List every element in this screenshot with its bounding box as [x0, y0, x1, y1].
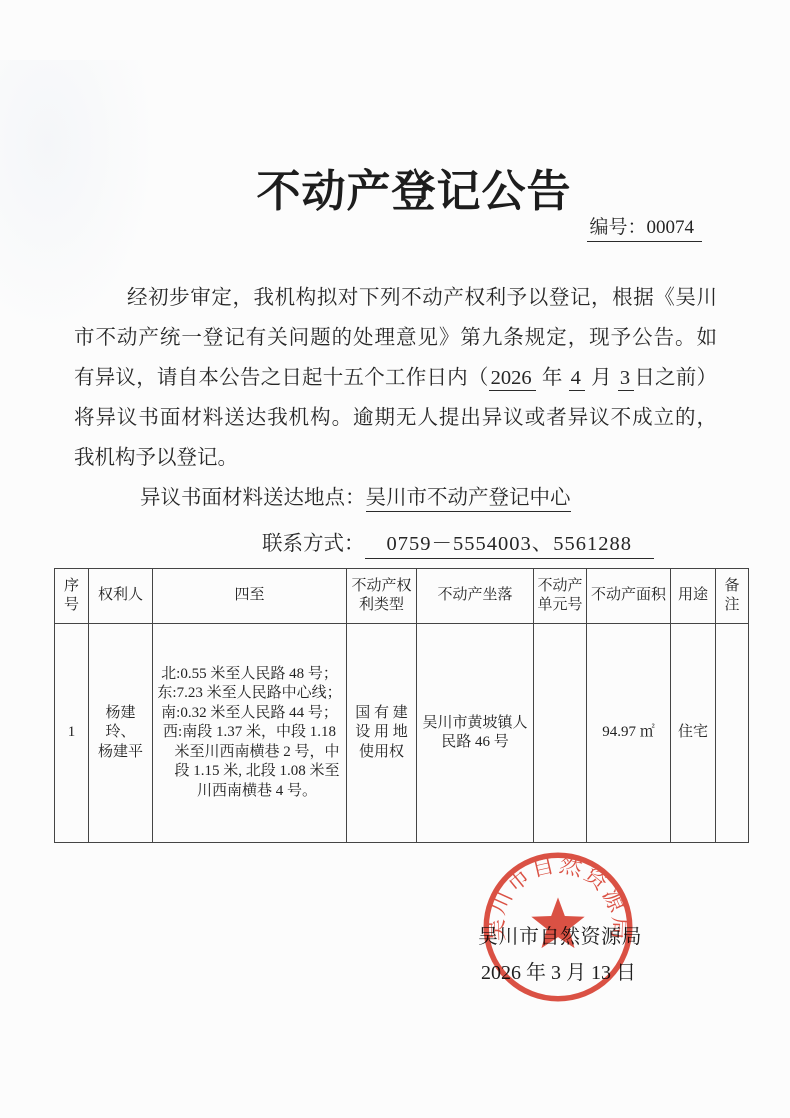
table-row: 1 杨建玲、 杨建平 北:0.55 米至人民路 48 号； 东:7.23 米至人…: [55, 624, 749, 843]
issuing-authority: 吴川市自然资源局: [478, 920, 642, 949]
cell-remark: [716, 624, 749, 843]
cell-right-type: 国 有 建 设 用 地 使用权: [347, 624, 417, 843]
issue-date: 2026 年 3 月 13 日: [481, 956, 636, 985]
header-seq: 序号: [55, 569, 89, 624]
table-header-row: 序号 权利人 四至 不动产权 利类型 不动产坐落 不动产 单元号 不动产面积 用…: [55, 569, 749, 624]
document-number-value: 编号：00074: [587, 217, 702, 242]
header-location: 不动产坐落: [417, 569, 534, 624]
cell-boundaries: 北:0.55 米至人民路 48 号； 东:7.23 米至人民路中心线； 南:0.…: [153, 624, 347, 843]
deadline-text-pre: 有异议，请自本公告之日起十五个工作日内（: [74, 367, 489, 389]
notice-line-2: 市不动产统一登记有关问题的处理意见》第九条规定，现予公告。如: [74, 318, 717, 358]
cell-usage: 住宅: [671, 624, 716, 843]
page-title: 不动产登记公告: [19, 155, 790, 219]
registration-table: 序号 权利人 四至 不动产权 利类型 不动产坐落 不动产 单元号 不动产面积 用…: [54, 568, 749, 843]
cell-location: 吴川市黄坡镇人 民路 46 号: [417, 624, 534, 843]
delivery-line: 异议书面材料送达地点：吴川市不动产登记中心: [74, 478, 717, 518]
notice-line-1: 经初步审定，我机构拟对下列不动产权利予以登记，根据《吴川: [74, 278, 717, 318]
header-remark: 备注: [716, 569, 749, 624]
header-right-type: 不动产权 利类型: [347, 569, 417, 624]
notice-line-4: 将异议书面材料送达我机构。逾期无人提出异议或者异议不成立的，: [74, 398, 717, 438]
notice-line-3: 有异议，请自本公告之日起十五个工作日内（2026年4月3日之前）: [74, 358, 717, 398]
notice-line-5: 我机构予以登记。: [74, 438, 717, 478]
contact-label: 联系方式：: [262, 533, 365, 555]
deadline-month: 4: [569, 367, 585, 391]
cell-holder: 杨建玲、 杨建平: [89, 624, 153, 843]
contact-line: 联系方式：0759－5554003、5561288: [74, 524, 717, 564]
deadline-day: 3: [618, 367, 634, 391]
cell-seq: 1: [55, 624, 89, 843]
delivery-label: 异议书面材料送达地点：: [140, 487, 366, 509]
header-holder: 权利人: [89, 569, 153, 624]
deadline-year-unit: 年: [542, 367, 563, 389]
header-unit-no: 不动产 单元号: [534, 569, 587, 624]
document-number: 编号：00074: [587, 212, 702, 239]
delivery-value: 吴川市不动产登记中心: [366, 487, 571, 512]
contact-value: 0759－5554003、5561288: [365, 533, 655, 559]
deadline-year: 2026: [489, 367, 536, 391]
deadline-text-post: 日之前）: [634, 367, 717, 389]
document-page: 不动产登记公告 编号：00074 经初步审定，我机构拟对下列不动产权利予以登记，…: [0, 0, 790, 1118]
cell-area: 94.97 ㎡: [587, 624, 671, 843]
notice-body: 经初步审定，我机构拟对下列不动产权利予以登记，根据《吴川 市不动产统一登记有关问…: [74, 278, 717, 564]
deadline-month-unit: 月: [591, 367, 612, 389]
header-area: 不动产面积: [587, 569, 671, 624]
cell-unit-no: [534, 624, 587, 843]
header-boundaries: 四至: [153, 569, 347, 624]
header-usage: 用途: [671, 569, 716, 624]
